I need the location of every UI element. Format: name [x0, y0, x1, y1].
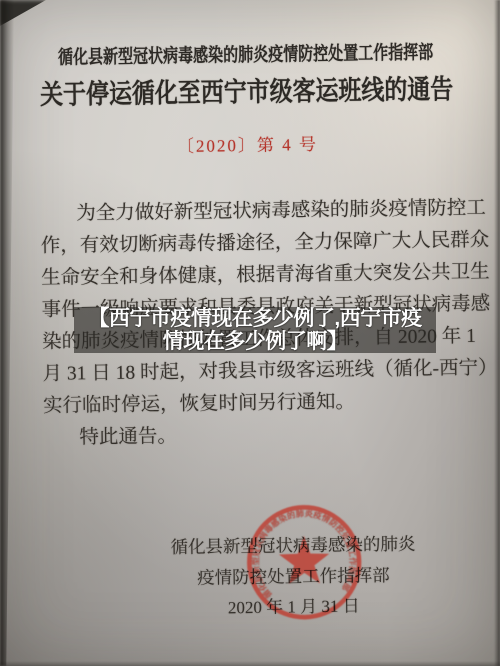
issuer-text: 循化县新型冠状病毒感染的肺炎疫情防控处置工作指挥部 [58, 37, 434, 69]
body-line: 月 31 日 18 时起，对我县市级客运班线（循化-西宁） [42, 353, 457, 391]
caption-line: 【西宁市疫情现在多少例了,西宁市疫 [88, 307, 421, 330]
document-photo: 循化县新型冠状病毒感染的肺炎疫情防控处置工作指挥部 关于停运循化至西宁市级客运班… [0, 0, 500, 666]
closing-line: 特此通告。 [43, 417, 458, 455]
photo-bottom-edge [0, 661, 500, 666]
document-number: 〔2020〕第 4 号 [0, 128, 498, 160]
photo-right-edge [494, 0, 500, 666]
issuer-line: 循化县新型冠状病毒感染的肺炎疫情防控处置工作指挥部 [0, 37, 496, 71]
caption-overlay: 【西宁市疫情现在多少例了,西宁市疫 情现在多少例了啊】 [74, 307, 436, 353]
official-seal-icon: 循化县新型冠状病毒感染的肺炎疫情防控处置工作指挥部 [243, 500, 365, 624]
star-icon [279, 535, 330, 583]
notice-title-text: 关于停运循化至西宁市级客运班线的通告 [40, 67, 454, 112]
caption-line: 情现在多少例了啊】 [163, 330, 348, 353]
notice-title: 关于停运循化至西宁市级客运班线的通告 [0, 67, 497, 113]
